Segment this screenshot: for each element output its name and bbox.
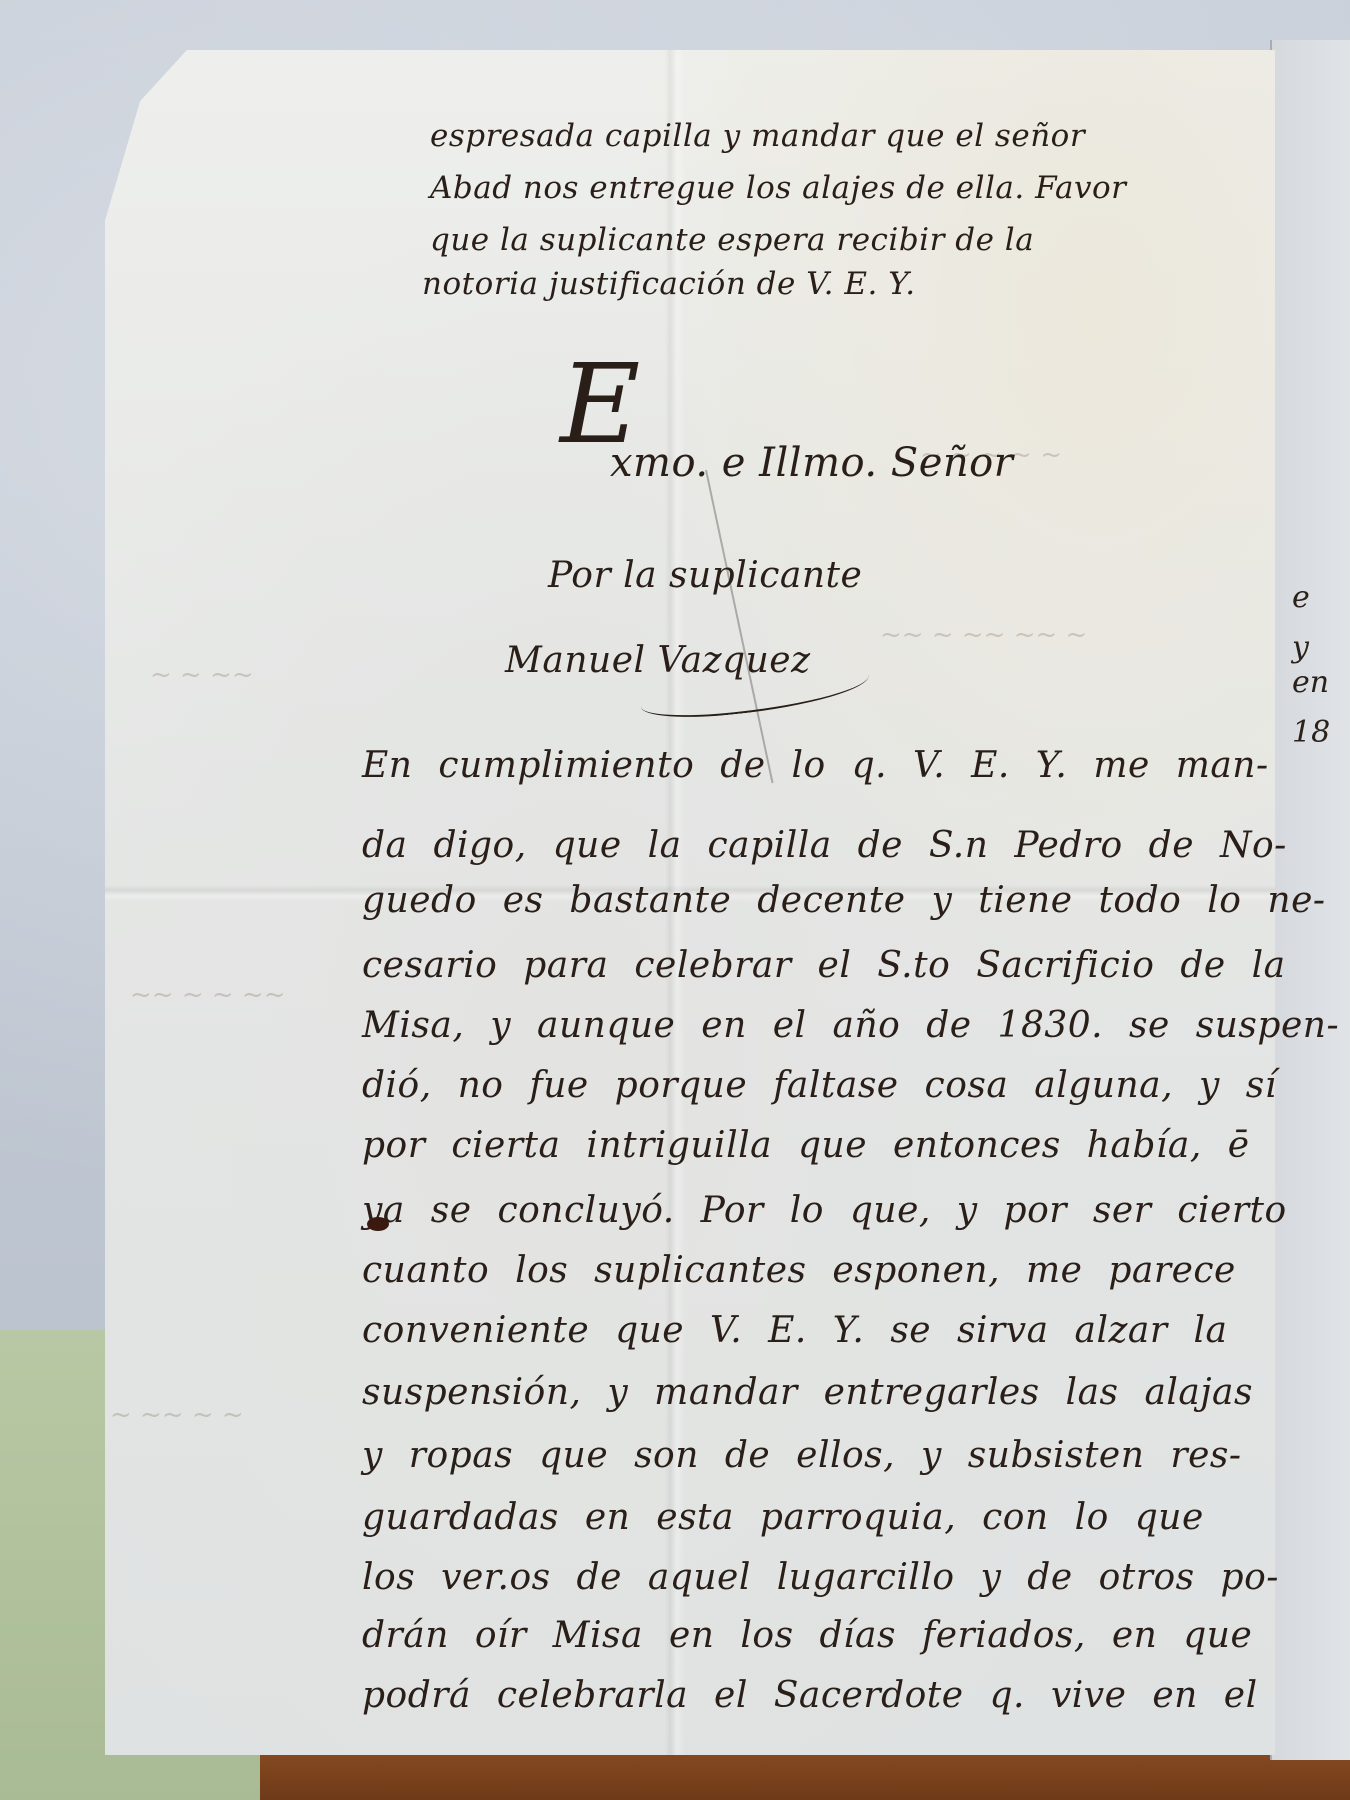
body-line: podrá celebrarla el Sacerdote q. vive en… — [362, 1675, 1258, 1716]
body-line: dió, no fue porque faltase cosa alguna, … — [362, 1065, 1277, 1106]
body-line: suspensión, y mandar entregarles las ala… — [362, 1372, 1253, 1413]
body-line: conveniente que V. E. Y. se sirva alzar … — [362, 1310, 1228, 1351]
petitioner-line: Por la suplicante — [548, 555, 862, 596]
body-line: los ver.os de aquel lugarcillo y de otro… — [362, 1557, 1279, 1598]
body-line: cuanto los suplicantes esponen, me parec… — [362, 1250, 1236, 1291]
adjacent-page-fragment: e — [1292, 580, 1310, 615]
body-line: Misa, y aunque en el año de 1830. se sus… — [362, 1005, 1339, 1046]
body-line: drán oír Misa en los días feriados, en q… — [362, 1615, 1252, 1656]
header-line: espresada capilla y mandar que el señor — [430, 118, 1085, 154]
body-line: cesario para celebrar el S.to Sacrificio… — [362, 945, 1286, 986]
adjacent-page-fragment: en — [1292, 665, 1329, 700]
ink-blot — [367, 1217, 389, 1231]
body-line: guardadas en esta parroquia, con lo que — [362, 1497, 1204, 1538]
body-line: guedo es bastante decente y tiene todo l… — [362, 880, 1326, 921]
salutation: xmo. e Illmo. Señor — [610, 440, 1013, 486]
body-line: ya se concluyó. Por lo que, y por ser ci… — [362, 1190, 1287, 1231]
body-line: da digo, que la capilla de S.n Pedro de … — [362, 825, 1287, 866]
bleed-through-text: ~~ ~ ~~ ~~ ~ — [880, 620, 1087, 650]
header-line: Abad nos entregue los alajes de ella. Fa… — [430, 170, 1126, 206]
body-line: por cierta intriguilla que entonces habí… — [362, 1125, 1250, 1166]
bleed-through-text: ~~ ~ ~ ~~ — [130, 980, 286, 1010]
adjacent-page-fragment: y — [1292, 630, 1309, 665]
body-line: En cumplimiento de lo q. V. E. Y. me man… — [362, 745, 1269, 786]
header-line: notoria justificación de V. E. Y. — [422, 266, 916, 302]
bleed-through-text: ~ ~~ ~ ~ — [110, 1400, 244, 1430]
header-line: que la suplicante espera recibir de la — [430, 222, 1034, 258]
body-line: y ropas que son de ellos, y subsisten re… — [362, 1435, 1242, 1476]
bleed-through-text: ~ ~ ~~ — [150, 660, 254, 690]
adjacent-page-fragment: 18 — [1292, 715, 1330, 750]
